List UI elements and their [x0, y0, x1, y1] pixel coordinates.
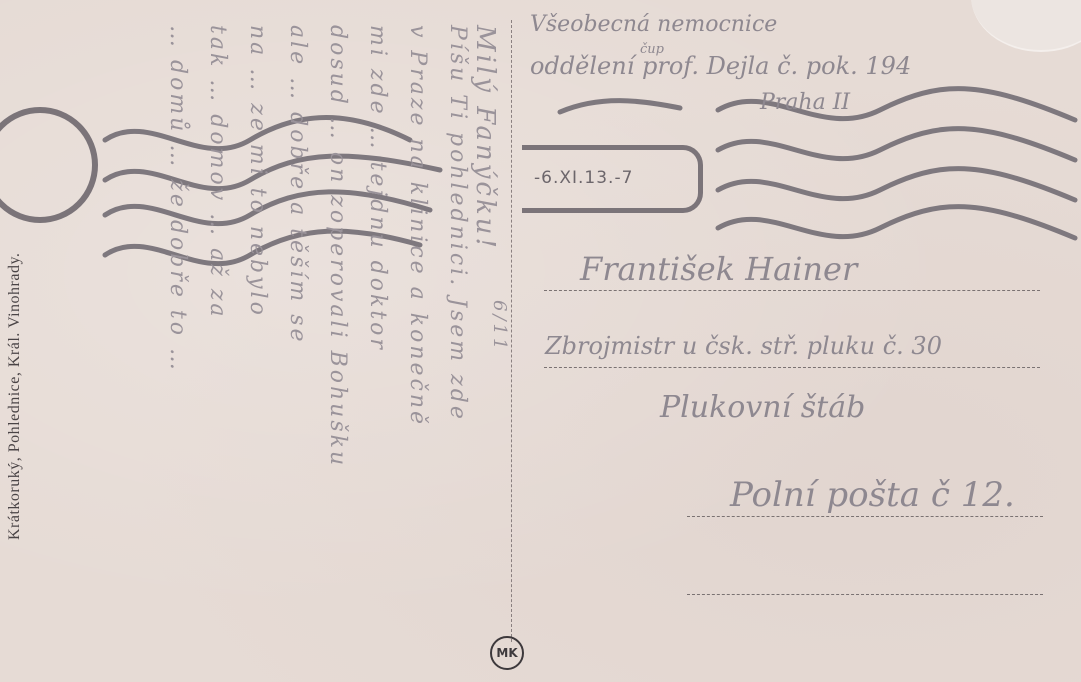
address-field-post: Polní pošta č 12.: [730, 475, 1015, 515]
message-line: na … ze mi to nebylo: [245, 25, 270, 318]
message-line: mi zde … tejdnu doktor: [365, 25, 390, 352]
publisher-logo: MK: [490, 636, 524, 670]
message-line: v Praze na klinice a konečně: [405, 25, 430, 427]
message-salutation: Milý Fanýčku!: [470, 25, 500, 251]
message-line: dosud … on zoperovali Bohušku: [325, 25, 350, 468]
publisher-imprint: Krátkoruký, Pohlednice, Král. Vinohrady.: [6, 253, 24, 540]
address-unit: Zbrojmistr u čsk. stř. pluku č. 30: [545, 332, 942, 360]
message-line: ale … dobře a těším se: [285, 25, 310, 345]
postcard-back: -6.XI.13.-7 Krátkoruký, Pohlednice, Král…: [0, 0, 1081, 682]
address-line-1: [544, 290, 1040, 291]
sender-note-line3: Praha II: [760, 90, 850, 115]
address-line-3: [687, 516, 1043, 517]
address-staff: Plukovní štáb: [660, 390, 865, 425]
message-line: Píšu Ti pohlednici. Jsem zde: [445, 25, 470, 422]
address-line-4: [687, 594, 1043, 595]
postmark-date: -6.XI.13.-7: [534, 168, 633, 188]
address-name: František Hainer: [580, 250, 857, 288]
center-divider: [511, 20, 512, 642]
address-line-2: [544, 367, 1040, 368]
sender-note-line2: oddělení prof. Dejla č. pok. 194: [530, 52, 911, 80]
message-line: … domů … že dobře to …: [165, 25, 190, 373]
message-line: tak … domov … až za: [205, 25, 230, 320]
sender-note-line1: Všeobecná nemocnice: [530, 12, 777, 37]
message-date: 6/11: [489, 300, 510, 352]
